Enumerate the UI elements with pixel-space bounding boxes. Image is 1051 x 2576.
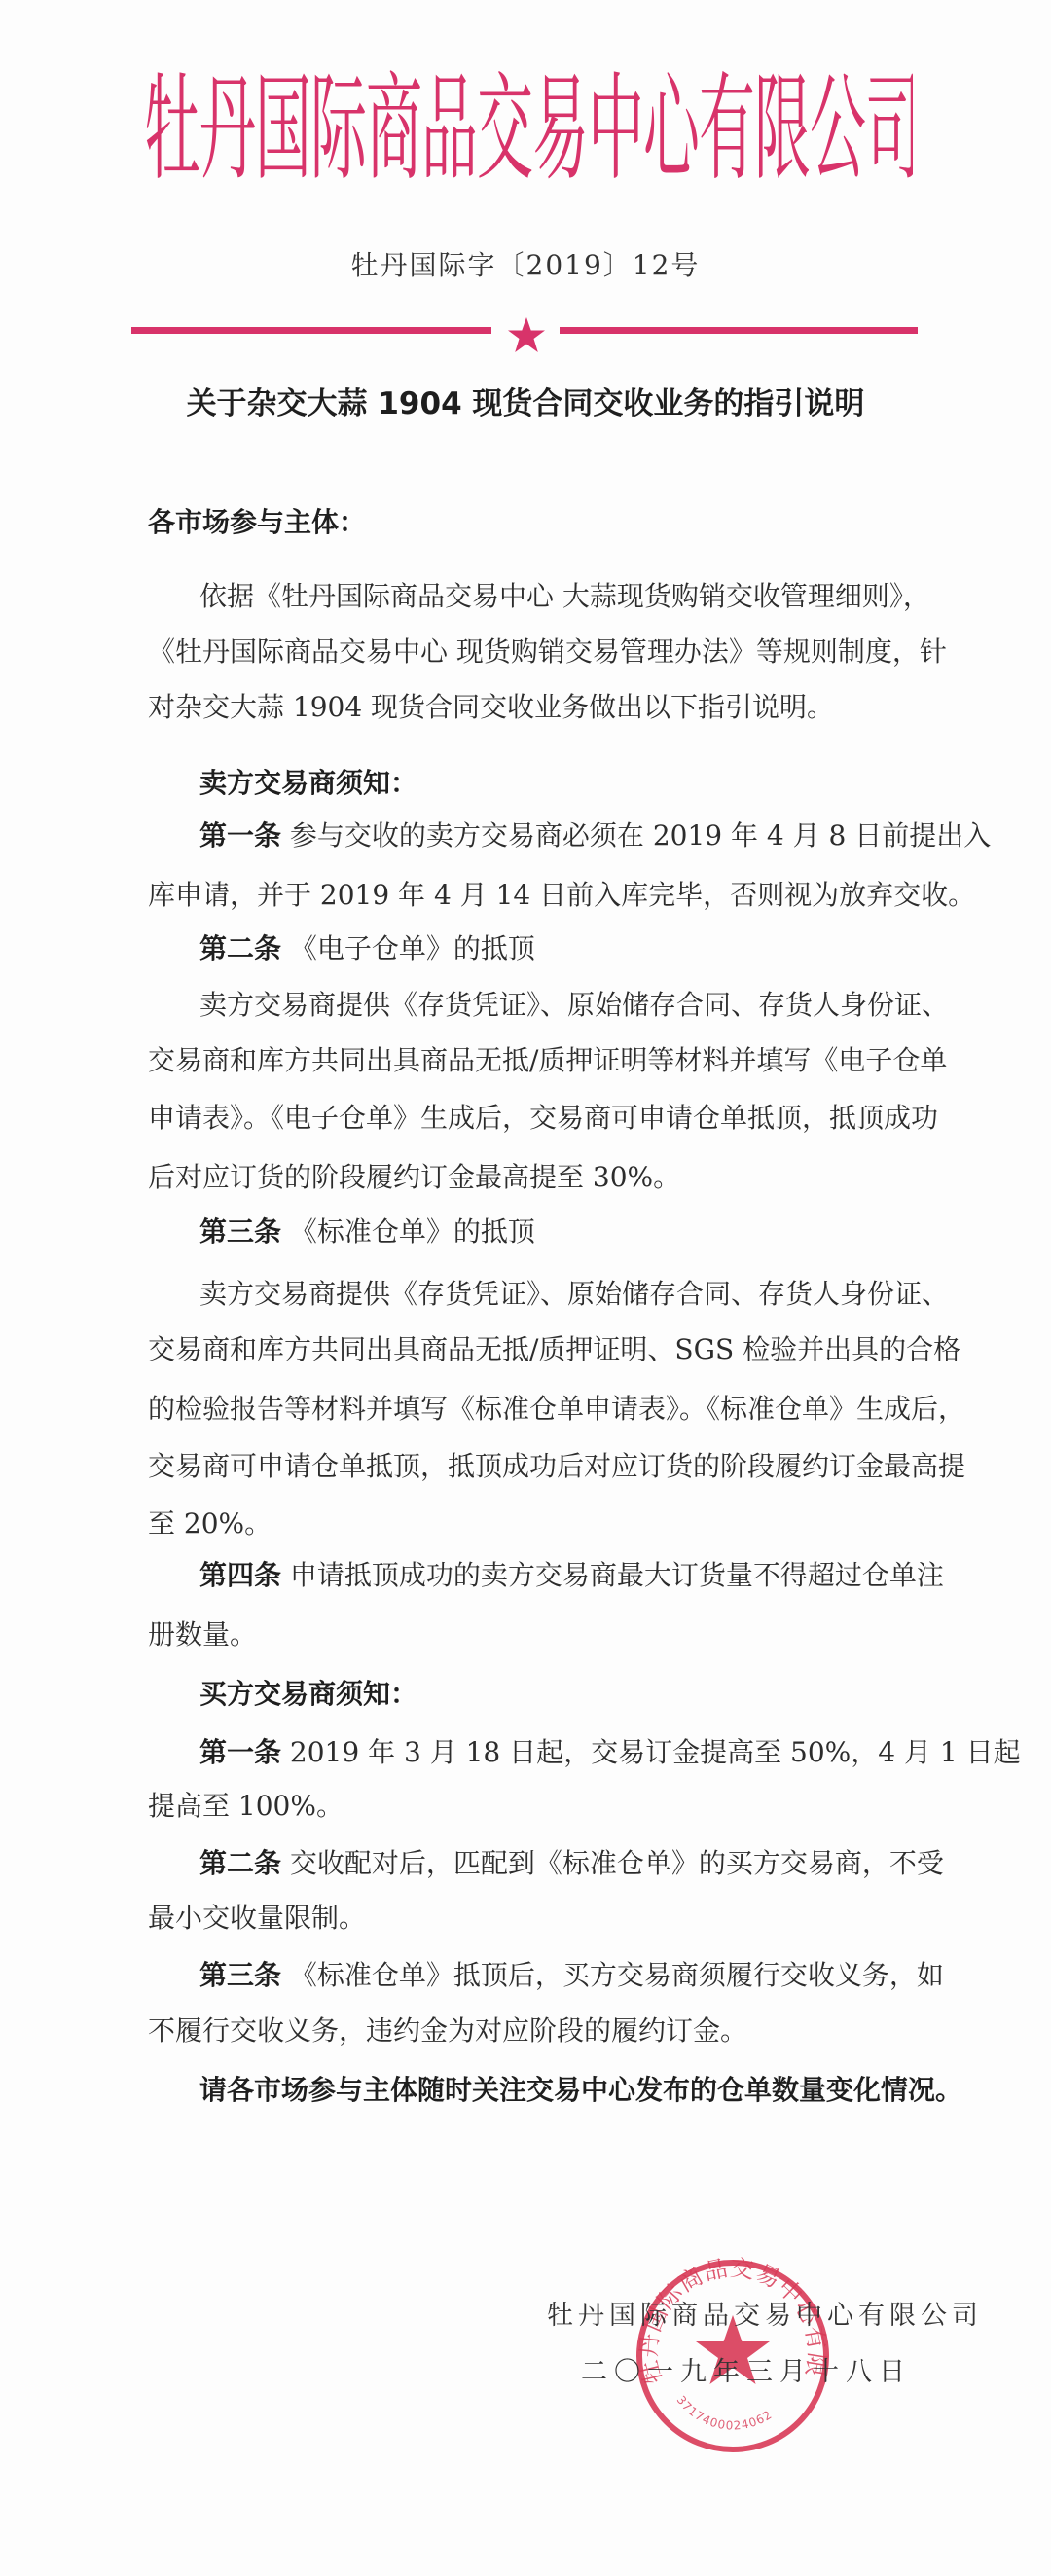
section-heading-buyer: 买方交易商须知：: [199, 1675, 417, 1714]
article-label: 第二条: [199, 932, 281, 964]
article-text: 交易商和库方共同出具商品无抵/质押证明等材料并填写《电子仓单: [148, 1041, 947, 1080]
divider-left: [131, 327, 491, 334]
article-text: 卖方交易商提供《存货凭证》、原始储存合同、存货人身份证、: [199, 1275, 949, 1314]
article-text: 至 20%。: [148, 1505, 272, 1543]
salutation: 各市场参与主体：: [148, 503, 366, 542]
article-text: 后对应订货的阶段履约订金最高提至 30%。: [148, 1158, 680, 1197]
article-text: 交易商和库方共同出具商品无抵/质押证明、SGS 检验并出具的合格: [148, 1330, 960, 1369]
article-label: 第三条: [199, 1959, 281, 1991]
article-text: 2019 年 3 月 18 日起，交易订金提高至 50%，4 月 1 日起: [290, 1736, 1021, 1768]
article-label: 第二条: [199, 1847, 281, 1879]
closing-note: 请各市场参与主体随时关注交易中心发布的仓单数量变化情况。: [199, 2071, 962, 2110]
intro-line: 对杂交大蒜 1904 现货合同交收业务做出以下指引说明。: [148, 688, 834, 727]
article-label: 第四条: [199, 1559, 281, 1591]
article-text: 交易商可申请仓单抵顶，抵顶成功后对应订货的阶段履约订金最高提: [148, 1447, 965, 1486]
article-text: 最小交收量限制。: [148, 1899, 366, 1938]
star-icon: [507, 315, 546, 354]
article-label: 第一条: [199, 819, 281, 852]
org-document-title: 牡丹国际商品交易中心有限公司文件: [144, 70, 913, 187]
article-text: 卖方交易商提供《存货凭证》、原始储存合同、存货人身份证、: [199, 986, 949, 1025]
article-text: 交收配对后，匹配到《标准仓单》的买方交易商，不受: [290, 1847, 944, 1879]
page-title: 关于杂交大蒜 1904 现货合同交收业务的指引说明: [0, 382, 1051, 425]
buyer-article-1: 第一条 2019 年 3 月 18 日起，交易订金提高至 50%，4 月 1 日…: [199, 1733, 1021, 1772]
article-label: 第一条: [199, 1736, 281, 1768]
divider-right: [560, 327, 918, 334]
intro-line: 依据《牡丹国际商品交易中心 大蒜现货购销交收管理细则》，: [199, 577, 930, 616]
article-text: 《标准仓单》抵顶后，买方交易商须履行交收义务，如: [290, 1959, 944, 1991]
signature-company: 牡丹国际商品交易中心有限公司: [547, 2299, 983, 2334]
seller-article-1: 第一条 参与交收的卖方交易商必须在 2019 年 4 月 8 日前提出入: [199, 816, 991, 855]
section-heading-seller: 卖方交易商须知：: [199, 764, 417, 803]
seller-article-4: 第四条 申请抵顶成功的卖方交易商最大订货量不得超过仓单注: [199, 1556, 944, 1595]
article-text: 申请抵顶成功的卖方交易商最大订货量不得超过仓单注: [290, 1559, 944, 1591]
article-title: 《标准仓单》的抵顶: [290, 1215, 535, 1248]
article-text: 参与交收的卖方交易商必须在 2019 年 4 月 8 日前提出入: [290, 819, 991, 852]
seal-code: 3717400024062: [674, 2393, 775, 2432]
article-text: 册数量。: [148, 1615, 257, 1654]
buyer-article-3: 第三条 《标准仓单》抵顶后，买方交易商须履行交收义务，如: [199, 1956, 944, 1995]
article-text: 的检验报告等材料并填写《标准仓单申请表》。《标准仓单》生成后，: [148, 1390, 965, 1429]
article-text: 提高至 100%。: [148, 1787, 344, 1826]
seller-article-2: 第二条 《电子仓单》的抵顶: [199, 929, 535, 968]
svg-text:3717400024062: 3717400024062: [674, 2393, 775, 2432]
article-title: 《电子仓单》的抵顶: [290, 932, 535, 964]
buyer-article-2: 第二条 交收配对后，匹配到《标准仓单》的买方交易商，不受: [199, 1844, 944, 1883]
article-text: 库申请，并于 2019 年 4 月 14 日前入库完毕，否则视为放弃交收。: [148, 876, 975, 915]
article-text: 不履行交收义务，违约金为对应阶段的履约订金。: [148, 2012, 747, 2050]
seller-article-3: 第三条 《标准仓单》的抵顶: [199, 1213, 535, 1252]
signature-date: 二〇一九年三月十八日: [581, 2355, 912, 2390]
article-label: 第三条: [199, 1215, 281, 1248]
article-text: 申请表》。《电子仓单》生成后，交易商可申请仓单抵顶，抵顶成功: [148, 1099, 938, 1138]
intro-line: 《牡丹国际商品交易中心 现货购销交易管理办法》等规则制度，针: [148, 633, 947, 671]
document-number: 牡丹国际字〔2019〕12号: [0, 248, 1051, 283]
